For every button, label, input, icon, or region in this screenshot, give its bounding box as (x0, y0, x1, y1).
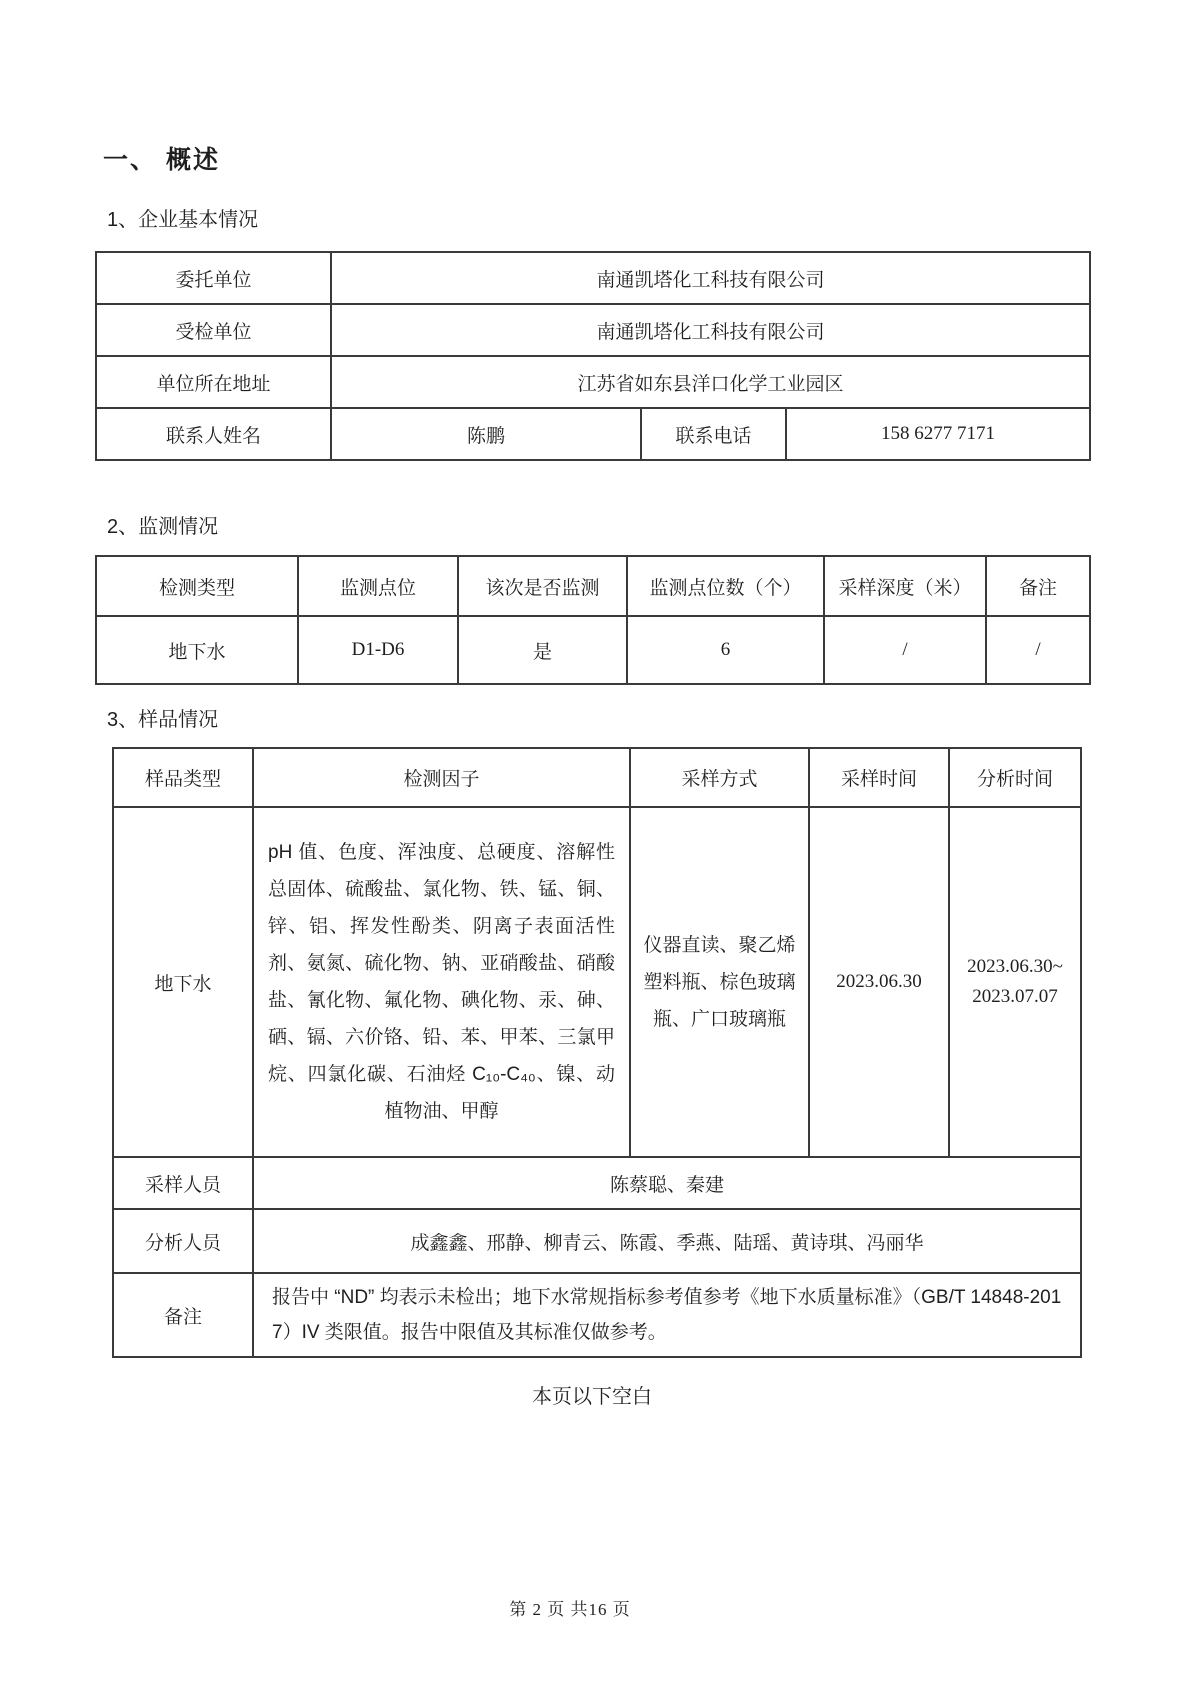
contact-phone-label: 联系电话 (641, 408, 786, 460)
section-3-title: 3、样品情况 (107, 707, 1190, 734)
table-row: 联系人姓名 陈鹏 联系电话 158 6277 7171 (96, 408, 1090, 460)
column-header-depth: 采样深度（米） (824, 556, 986, 616)
samplers-value: 陈蔡聪、秦建 (253, 1157, 1081, 1209)
analysts-label: 分析人员 (113, 1209, 253, 1273)
column-header-remark: 备注 (986, 556, 1090, 616)
client-unit-value: 南通凯塔化工科技有限公司 (331, 252, 1090, 304)
column-header-points: 监测点位 (298, 556, 458, 616)
monitor-depth-cell: / (824, 616, 986, 684)
column-header-factors: 检测因子 (253, 748, 630, 807)
detection-factors-cell: pH 值、色度、浑浊度、总硬度、溶解性总固体、硫酸盐、氯化物、铁、锰、铜、锌、铝… (253, 807, 630, 1157)
sample-table: 样品类型 检测因子 采样方式 采样时间 分析时间 地下水 pH 值、色度、浑浊度… (112, 747, 1082, 1358)
contact-name-label: 联系人姓名 (96, 408, 331, 460)
monitor-yes-cell: 是 (458, 616, 627, 684)
column-header-sample-type: 样品类型 (113, 748, 253, 807)
column-header-analysis-time: 分析时间 (949, 748, 1081, 807)
blank-below-note: 本页以下空白 (95, 1380, 1089, 1409)
monitoring-table: 检测类型 监测点位 该次是否监测 监测点位数（个） 采样深度（米） 备注 地下水… (95, 555, 1091, 685)
document-page: 一、 概述 1、企业基本情况 委托单位 南通凯塔化工科技有限公司 受检单位 南通… (0, 0, 1190, 1683)
sampling-time-cell: 2023.06.30 (809, 807, 949, 1157)
table-row: 委托单位 南通凯塔化工科技有限公司 (96, 252, 1090, 304)
samplers-label: 采样人员 (113, 1157, 253, 1209)
column-header-type: 检测类型 (96, 556, 298, 616)
table-row: 受检单位 南通凯塔化工科技有限公司 (96, 304, 1090, 356)
address-label: 单位所在地址 (96, 356, 331, 408)
inspected-unit-value: 南通凯塔化工科技有限公司 (331, 304, 1090, 356)
column-header-monitored: 该次是否监测 (458, 556, 627, 616)
table-row: 单位所在地址 江苏省如东县洋口化学工业园区 (96, 356, 1090, 408)
analysts-value: 成鑫鑫、邢静、柳青云、陈霞、季燕、陆瑶、黄诗琪、冯丽华 (253, 1209, 1081, 1273)
monitor-count-cell: 6 (627, 616, 824, 684)
page-title: 一、 概述 (103, 143, 1190, 177)
table-row: 地下水 pH 值、色度、浑浊度、总硬度、溶解性总固体、硫酸盐、氯化物、铁、锰、铜… (113, 807, 1081, 1157)
analysis-time-cell: 2023.06.30~ 2023.07.07 (949, 807, 1081, 1157)
column-header-point-count: 监测点位数（个） (627, 556, 824, 616)
contact-phone-value: 158 6277 7171 (786, 408, 1090, 460)
remark-value: 报告中 “ND” 均表示未检出；地下水常规指标参考值参考《地下水质量标准》（GB… (253, 1273, 1081, 1357)
sampling-method-cell: 仪器直读、聚乙烯塑料瓶、棕色玻璃瓶、广口玻璃瓶 (630, 807, 809, 1157)
monitor-remark-cell: / (986, 616, 1090, 684)
sample-type-cell: 地下水 (113, 807, 253, 1157)
inspected-unit-label: 受检单位 (96, 304, 331, 356)
table-row: 地下水 D1-D6 是 6 / / (96, 616, 1090, 684)
table-row: 备注 报告中 “ND” 均表示未检出；地下水常规指标参考值参考《地下水质量标准》… (113, 1273, 1081, 1357)
address-value: 江苏省如东县洋口化学工业园区 (331, 356, 1090, 408)
table-row: 分析人员 成鑫鑫、邢静、柳青云、陈霞、季燕、陆瑶、黄诗琪、冯丽华 (113, 1209, 1081, 1273)
page-number: 第 2 页 共16 页 (0, 1595, 1140, 1620)
table-header-row: 样品类型 检测因子 采样方式 采样时间 分析时间 (113, 748, 1081, 807)
column-header-method: 采样方式 (630, 748, 809, 807)
column-header-sampling-time: 采样时间 (809, 748, 949, 807)
section-1-title: 1、企业基本情况 (107, 207, 1190, 234)
remark-label: 备注 (113, 1273, 253, 1357)
table-header-row: 检测类型 监测点位 该次是否监测 监测点位数（个） 采样深度（米） 备注 (96, 556, 1090, 616)
company-info-table: 委托单位 南通凯塔化工科技有限公司 受检单位 南通凯塔化工科技有限公司 单位所在… (95, 251, 1091, 461)
section-2-title: 2、监测情况 (107, 514, 1190, 541)
client-unit-label: 委托单位 (96, 252, 331, 304)
monitor-type-cell: 地下水 (96, 616, 298, 684)
table-row: 采样人员 陈蔡聪、秦建 (113, 1157, 1081, 1209)
monitor-points-cell: D1-D6 (298, 616, 458, 684)
contact-name-value: 陈鹏 (331, 408, 641, 460)
